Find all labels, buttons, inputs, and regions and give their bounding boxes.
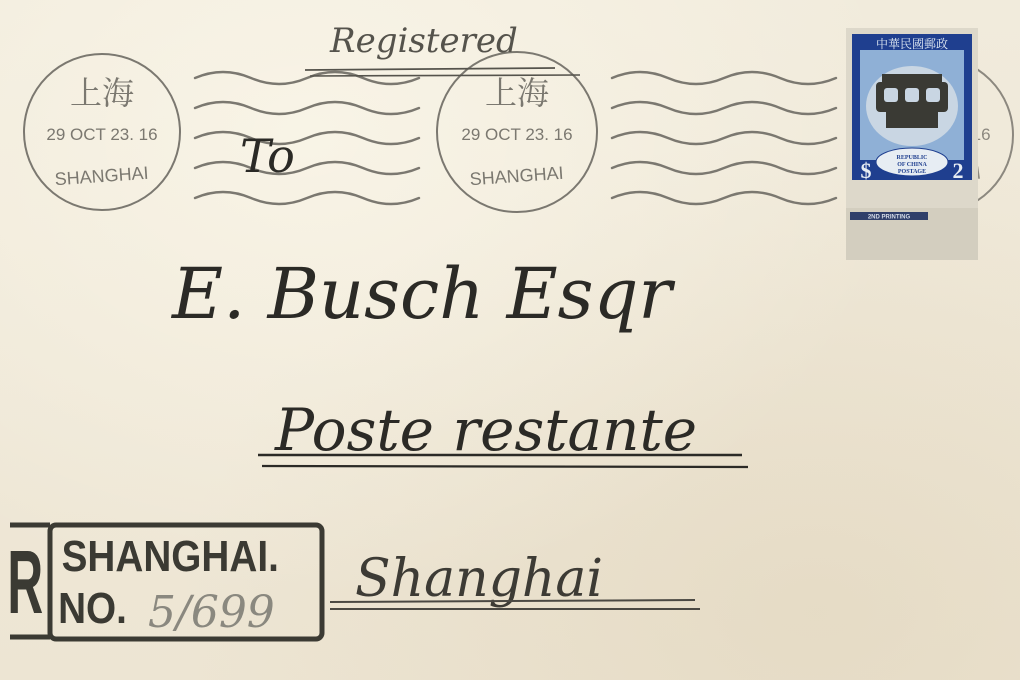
svg-text:E. Busch Esqr: E. Busch Esqr xyxy=(170,253,675,335)
stamp-vignette xyxy=(876,74,948,128)
svg-text:上海: 上海 xyxy=(70,75,134,111)
postage-stamp: 中華民國郵政 REPUBLIC OF CHINA POSTAGE $ 2 2ND… xyxy=(846,28,978,260)
registration-label: R SHANGHAI. NO. 5/699 xyxy=(0,515,330,645)
svg-text:$: $ xyxy=(861,158,872,183)
svg-text:Registered: Registered xyxy=(329,21,518,61)
svg-text:To: To xyxy=(240,129,295,183)
registered-annotation: Registered xyxy=(305,21,580,76)
postmark-left: 上海 29 OCT 23. 16 SHANGHAI xyxy=(24,54,180,210)
svg-text:2ND PRINTING: 2ND PRINTING xyxy=(868,215,911,221)
svg-text:29 OCT 23. 16: 29 OCT 23. 16 xyxy=(461,125,572,144)
salutation: To xyxy=(240,129,295,183)
addressee-name: E. Busch Esqr xyxy=(170,253,675,335)
address-line-1: Poste restante xyxy=(258,396,748,467)
svg-text:OF CHINA: OF CHINA xyxy=(897,162,927,168)
svg-text:SHANGHAI: SHANGHAI xyxy=(469,163,564,190)
svg-text:NO.: NO. xyxy=(58,583,127,633)
svg-text:SHANGHAI.: SHANGHAI. xyxy=(62,531,279,581)
svg-text:R: R xyxy=(7,532,43,632)
svg-text:2: 2 xyxy=(953,158,964,183)
svg-text:SHANGHAI: SHANGHAI xyxy=(54,163,149,190)
wavy-cancel-left xyxy=(195,72,419,204)
svg-text:上海: 上海 xyxy=(485,75,549,111)
svg-text:5/699: 5/699 xyxy=(148,587,275,638)
svg-text:29 OCT 23. 16: 29 OCT 23. 16 xyxy=(46,125,157,144)
wavy-cancel-right xyxy=(612,72,836,204)
address-line-2: Shanghai xyxy=(330,549,700,609)
svg-text:中華民國郵政: 中華民國郵政 xyxy=(876,36,948,51)
svg-text:REPUBLIC: REPUBLIC xyxy=(896,155,927,161)
svg-text:POSTAGE: POSTAGE xyxy=(898,169,926,175)
